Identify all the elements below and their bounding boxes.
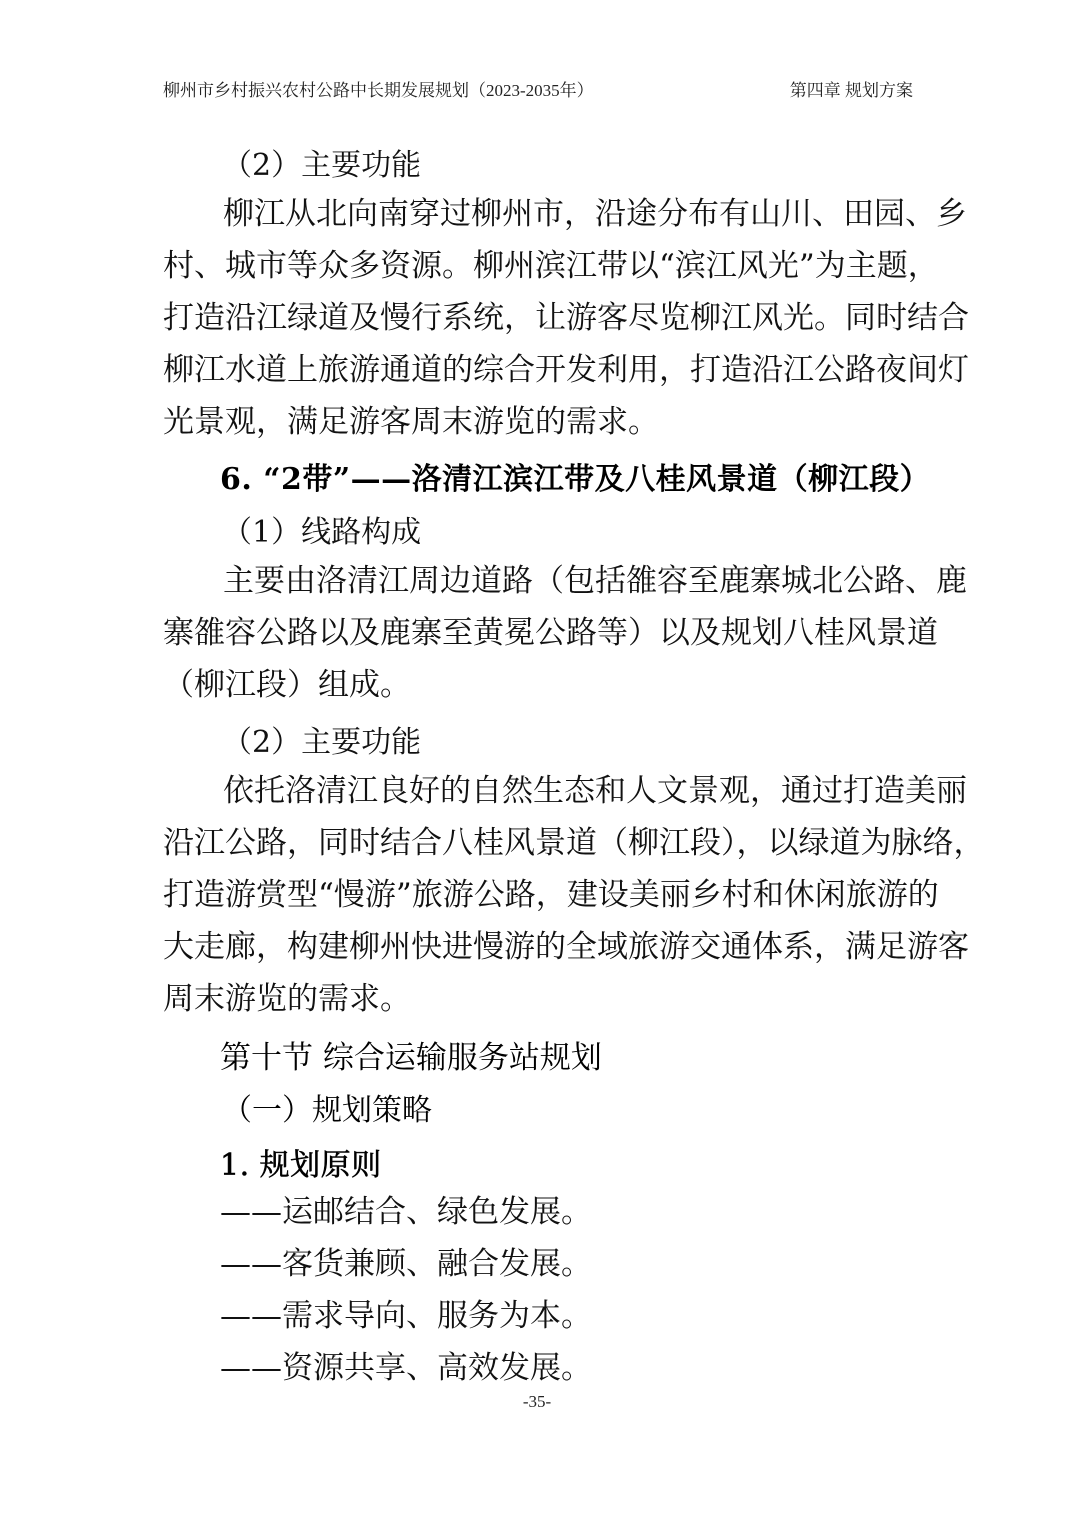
principles-heading: 1. 规划原则	[220, 1140, 382, 1184]
text-line: （柳江段）组成。	[163, 659, 411, 711]
principle-item: ——需求导向、服务为本。	[220, 1290, 592, 1342]
item-6-heading: 6. “2带”——洛清江滨江带及八桂风景道（柳江段）	[220, 454, 930, 498]
text-line: 打造沿江绿道及慢行系统，让游客尽览柳江风光。同时结合	[163, 292, 969, 344]
document-title: 柳州市乡村振兴农村公路中长期发展规划（2023-2035年）	[163, 76, 594, 101]
text-line: 光景观，满足游客周末游览的需求。	[163, 396, 659, 448]
principle-item: ——资源共享、高效发展。	[220, 1342, 592, 1394]
text-line: 大走廊，构建柳州快进慢游的全域旅游交通体系，满足游客	[163, 921, 969, 973]
document-page: 柳州市乡村振兴农村公路中长期发展规划（2023-2035年） 第四章 规划方案 …	[0, 0, 1074, 1520]
section-10-title: 第十节 综合运输服务站规划	[220, 1032, 602, 1077]
text-line: 周末游览的需求。	[163, 973, 411, 1025]
text-line: 打造游赏型“慢游”旅游公路，建设美丽乡村和休闲旅游的	[163, 869, 939, 921]
text-line: 寨雒容公路以及鹿寨至黄冕公路等）以及规划八桂风景道	[163, 607, 938, 659]
principle-item: ——运邮结合、绿色发展。	[220, 1186, 592, 1238]
subsection-heading-main-function-2: （2）主要功能	[222, 717, 421, 761]
text-line: 主要由洛清江周边道路（包括雒容至鹿寨城北公路、鹿	[223, 555, 967, 607]
subsection-heading-route-composition: （1）线路构成	[222, 507, 421, 551]
text-line: 村、城市等众多资源。柳州滨江带以“滨江风光”为主题，	[163, 240, 939, 292]
subsection-heading-main-function: （2）主要功能	[222, 140, 421, 184]
text-line: 柳江水道上旅游通道的综合开发利用，打造沿江公路夜间灯	[163, 344, 969, 396]
page-number: -35-	[0, 1392, 1074, 1412]
chapter-label: 第四章 规划方案	[790, 76, 913, 101]
text-line: 柳江从北向南穿过柳州市，沿途分布有山川、田园、乡	[223, 188, 967, 240]
page-header: 柳州市乡村振兴农村公路中长期发展规划（2023-2035年） 第四章 规划方案	[163, 76, 913, 100]
text-line: 依托洛清江良好的自然生态和人文景观，通过打造美丽	[223, 765, 967, 817]
text-line: 沿江公路，同时结合八桂风景道（柳江段），以绿道为脉络，	[163, 817, 985, 869]
section-10-subheading: （一）规划策略	[222, 1085, 432, 1129]
principle-item: ——客货兼顾、融合发展。	[220, 1238, 592, 1290]
